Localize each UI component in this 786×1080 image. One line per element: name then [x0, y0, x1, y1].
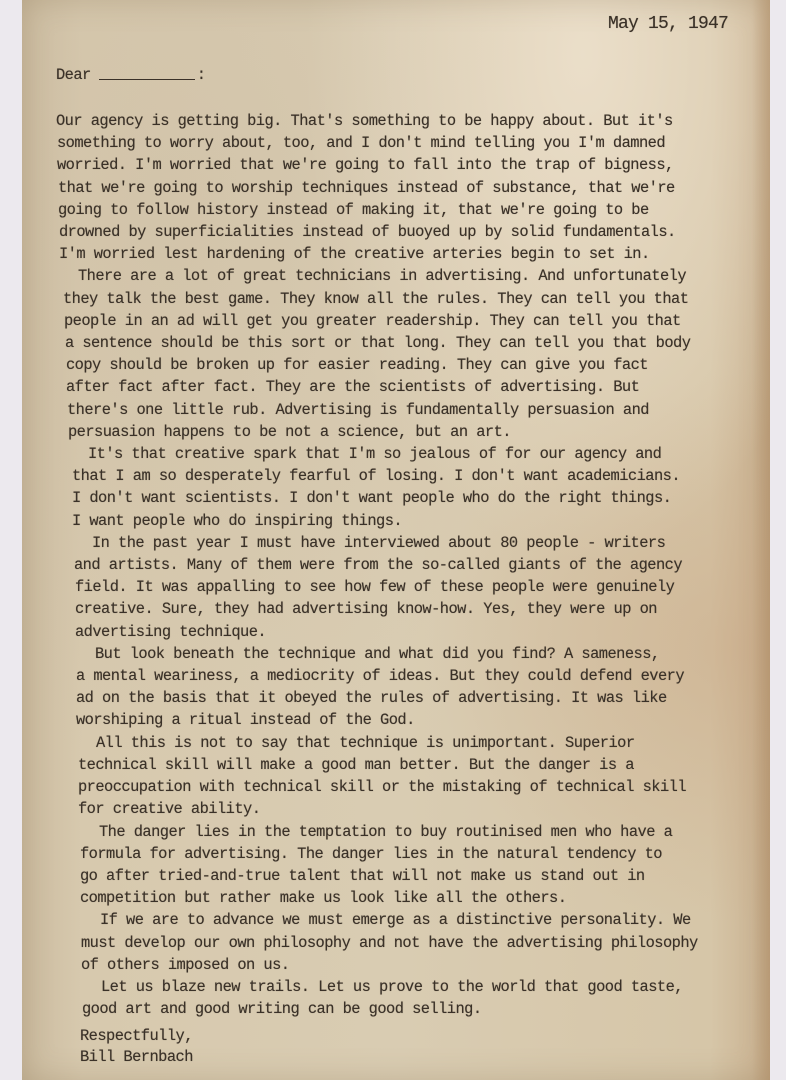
letter-line: technical skill will make a good man bet… — [56, 754, 756, 776]
letter-line: competition but rather make us look like… — [56, 887, 756, 909]
letter-line: Our agency is getting big. That's someth… — [56, 110, 756, 132]
letter-line: I don't want scientists. I don't want pe… — [56, 487, 756, 509]
letter-line: In the past year I must have interviewed… — [56, 532, 756, 554]
signature: Bill Bernbach — [80, 1047, 193, 1068]
letter-line: there's one little rub. Advertising is f… — [56, 399, 756, 421]
letter-line: formula for advertising. The danger lies… — [56, 843, 756, 865]
letter-line: ad on the basis that it obeyed the rules… — [56, 687, 756, 709]
letter-line: But look beneath the technique and what … — [56, 643, 756, 665]
letter-line: There are a lot of great technicians in … — [56, 265, 756, 287]
letter-line: something to worry about, too, and I don… — [56, 132, 756, 154]
letter-line: worshiping a ritual instead of the God. — [56, 709, 756, 731]
letter-line: after fact after fact. They are the scie… — [56, 376, 756, 398]
letter-line: that I am so desperately fearful of losi… — [56, 465, 756, 487]
letter-line: Let us blaze new trails. Let us prove to… — [56, 976, 756, 998]
letter-line: I'm worried lest hardening of the creati… — [56, 243, 756, 265]
letter-line: they talk the best game. They know all t… — [56, 288, 756, 310]
letter-line: people in an ad will get you greater rea… — [56, 310, 756, 332]
letter-line: field. It was appalling to see how few o… — [56, 576, 756, 598]
letter-body: Our agency is getting big. That's someth… — [56, 110, 756, 1020]
salutation: Dear: — [56, 66, 205, 84]
letter-closing: Respectfully, Bill Bernbach — [80, 1026, 193, 1068]
salutation-colon: : — [197, 66, 206, 84]
letter-line: must develop our own philosophy and not … — [56, 932, 756, 954]
letter-line: a mental weariness, a mediocrity of idea… — [56, 665, 756, 687]
letter-line: preoccupation with technical skill or th… — [56, 776, 756, 798]
letter-line: for creative ability. — [56, 798, 756, 820]
letter-line: good art and good writing can be good se… — [56, 998, 756, 1020]
letter-line: The danger lies in the temptation to buy… — [56, 821, 756, 843]
letter-line: If we are to advance we must emerge as a… — [56, 909, 756, 931]
letter-line: a sentence should be this sort or that l… — [56, 332, 756, 354]
letter-line: and artists. Many of them were from the … — [56, 554, 756, 576]
letter-line: persuasion happens to be not a science, … — [56, 421, 756, 443]
closing-phrase: Respectfully, — [80, 1026, 193, 1047]
letter-line: drowned by superficialities instead of b… — [56, 221, 756, 243]
letter-line: of others imposed on us. — [56, 954, 756, 976]
salutation-prefix: Dear — [56, 66, 91, 84]
letter-line: All this is not to say that technique is… — [56, 732, 756, 754]
recipient-blank-line — [99, 69, 195, 80]
letter-date: May 15, 1947 — [608, 14, 728, 34]
letter-line: that we're going to worship techniques i… — [56, 177, 756, 199]
letter-line: advertising technique. — [56, 621, 756, 643]
letter-line: It's that creative spark that I'm so jea… — [56, 443, 756, 465]
letter-line: copy should be broken up for easier read… — [56, 354, 756, 376]
letter-line: I want people who do inspiring things. — [56, 510, 756, 532]
letter-line: go after tried-and-true talent that will… — [56, 865, 756, 887]
letter-line: going to follow history instead of makin… — [56, 199, 756, 221]
letter-line: creative. Sure, they had advertising kno… — [56, 598, 756, 620]
letter-line: worried. I'm worried that we're going to… — [56, 154, 756, 176]
